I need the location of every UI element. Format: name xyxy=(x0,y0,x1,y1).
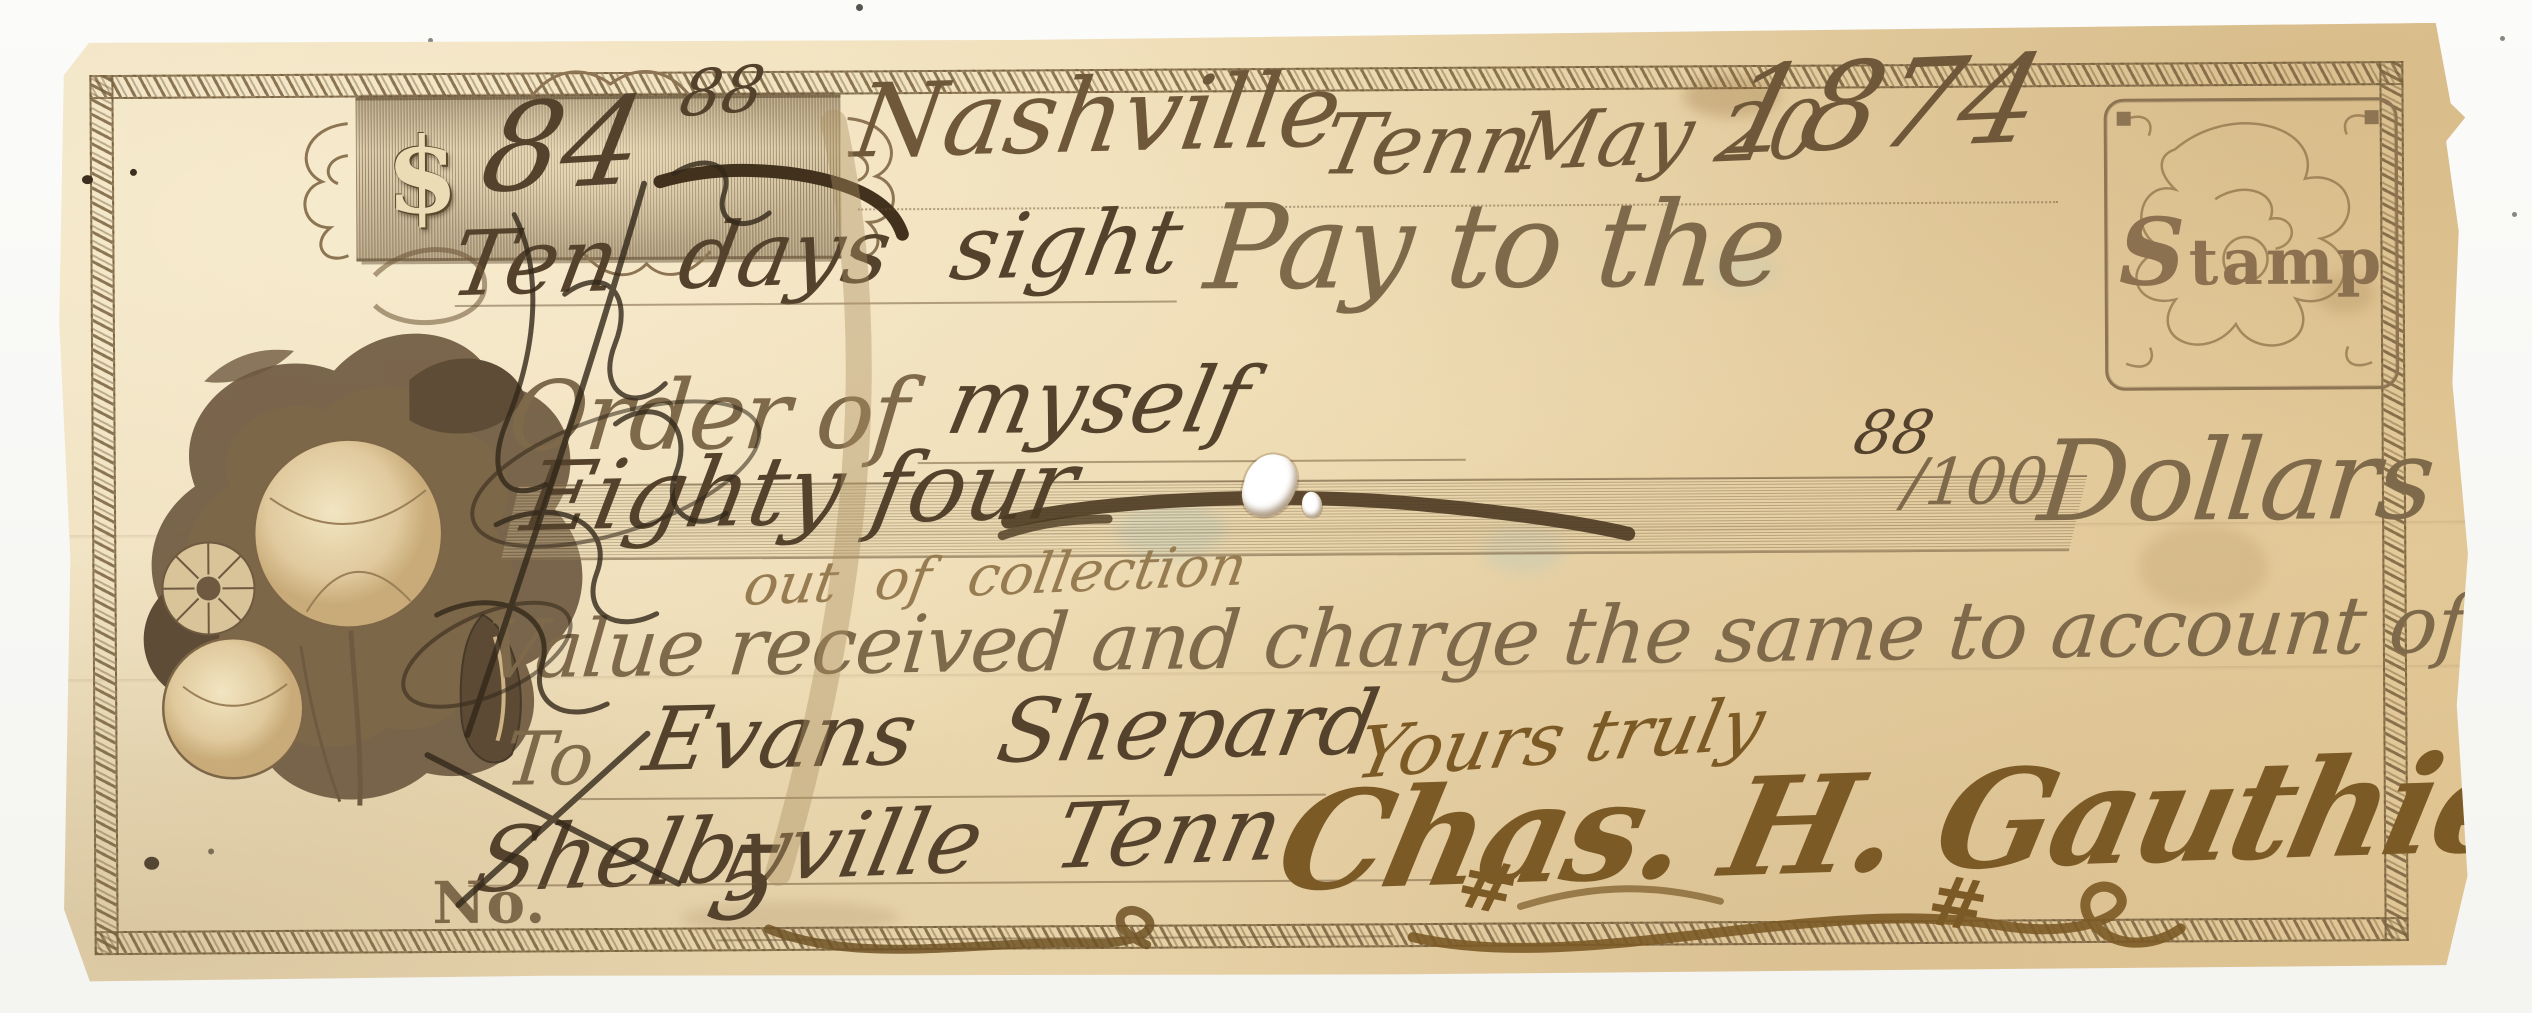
pay-to-the-printed: Pay to the xyxy=(1200,175,1791,317)
ink-blot xyxy=(144,857,159,870)
city-handwritten: Nashville xyxy=(846,51,1349,182)
cotton-flower xyxy=(162,542,255,635)
dust-speck xyxy=(2512,212,2517,217)
fraction-printed: /100 xyxy=(1900,445,2051,520)
stamp-label: Stamp xyxy=(2107,196,2396,307)
scanned-check-image: $ 84 88 Nashville Tenn May 20 1874 xyxy=(0,0,2532,1013)
paper-hole xyxy=(1302,492,1322,518)
signature-flourish-stroke xyxy=(1400,872,2241,977)
year-handwritten: 1874 xyxy=(1709,28,2057,183)
ink-blot xyxy=(130,169,137,176)
ink-blot xyxy=(82,175,93,184)
dollars-printed: Dollars xyxy=(2033,415,2439,547)
dust-speck xyxy=(856,4,863,11)
check-paper: $ 84 88 Nashville Tenn May 20 1874 xyxy=(55,23,2473,986)
stamp-box: Stamp xyxy=(2104,97,2400,391)
endorsement-ink-overlay xyxy=(313,92,898,916)
dust-speck xyxy=(2500,36,2505,41)
ink-blot xyxy=(208,848,214,854)
